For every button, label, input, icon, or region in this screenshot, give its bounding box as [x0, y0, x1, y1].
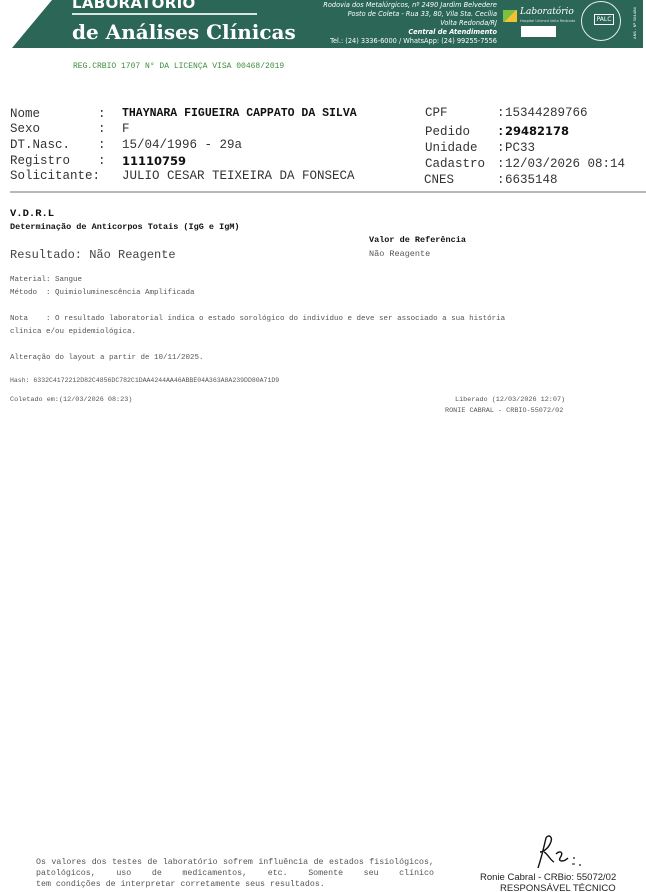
registered-label: Cadastro — [425, 157, 485, 171]
reference-title: Valor de Referência — [369, 235, 466, 245]
registered-value: 12/03/2026 08:14 — [505, 157, 625, 171]
name-label: Nome — [10, 107, 40, 121]
registration-line: REG.CRBIO 1707 N° DA LICENÇA VISA 00468/… — [73, 62, 284, 71]
colon: : — [497, 141, 505, 155]
unit-label: Unidade — [425, 141, 478, 155]
section-divider — [10, 191, 646, 193]
banner-diagonal-cut — [12, 0, 52, 48]
colon: : — [497, 125, 505, 139]
released-at: Liberado (12/03/2026 12:07) — [455, 396, 565, 404]
colon: : — [497, 157, 505, 171]
logo-info-box — [521, 26, 556, 37]
reference-value: Não Reagente — [369, 249, 430, 259]
signer-name: Ronie Cabral - CRBio: 55072/02 — [480, 872, 616, 883]
colon: : — [497, 173, 505, 187]
released-by: RONIE CABRAL - CRBIO-55072/02 — [445, 407, 563, 415]
sex-label: Sexo — [10, 122, 40, 136]
logo-mark-icon — [503, 10, 517, 22]
colon: : — [497, 106, 505, 120]
cnes-label: CNES — [424, 173, 454, 187]
colon: : — [98, 122, 106, 136]
colon: : — [98, 107, 106, 121]
unit-value: PC33 — [505, 141, 535, 155]
address-line: Volta Redonda/RJ — [300, 19, 497, 28]
hospital-lab-logo: Laboratório Hospital Unimed Volta Redond… — [503, 7, 583, 39]
record-label: Registro — [10, 154, 70, 168]
exam-result: Resultado: Não Reagente — [10, 248, 176, 262]
requester-name: JULIO CESAR TEIXEIRA DA FONSECA — [122, 169, 355, 183]
palc-seal-icon: PALC — [581, 1, 621, 41]
colon: : — [98, 138, 106, 152]
layout-change-notice: Alteração do layout a partir de 10/11/20… — [10, 354, 204, 362]
ans-side-tag: ANS - Nº 304484 — [632, 2, 641, 44]
patient-name: THAYNARA FIGUEIRA CAPPATO DA SILVA — [122, 107, 357, 120]
note-line-2: clínica e/ou epidemiológica. — [10, 328, 136, 336]
order-value: 29482178 — [505, 124, 569, 138]
order-label: Pedido — [425, 125, 470, 139]
address-line: Posto de Coleta - Rua 33, 80, Vila Sta. … — [300, 10, 497, 19]
lab-title-rule — [72, 13, 257, 15]
seal-text: PALC — [594, 14, 614, 25]
lab-title-line2: de Análises Clínicas — [72, 20, 296, 44]
address-line: Rodovia dos Metalúrgicos, nº 2490 Jardim… — [300, 1, 497, 10]
patient-sex: F — [122, 122, 130, 136]
disclaimer-text: Os valores dos testes de laboratório sof… — [36, 858, 434, 878]
cnes-value: 6635148 — [505, 173, 558, 187]
birth-label: DT.Nasc. — [10, 138, 70, 152]
disclaimer-text-end: tem condições de interpretar corretament… — [36, 879, 434, 890]
colon: : — [98, 154, 106, 168]
exam-description: Determinação de Anticorpos Totais (IgG e… — [10, 222, 240, 232]
method: Método : Quimioluminescência Amplificada — [10, 289, 195, 297]
hash: Hash: 6332C4172212D82C4856DC782C1DAA4244… — [10, 377, 279, 384]
exam-name: V.D.R.L — [10, 208, 54, 220]
patient-record: 11110759 — [122, 154, 186, 168]
note-line-1: Nota : O resultado laboratorial indica o… — [10, 315, 505, 323]
collected-at: Coletado em:(12/03/2026 08:23) — [10, 396, 132, 404]
footer-disclaimer: Os valores dos testes de laboratório sof… — [36, 857, 434, 890]
address-line: Central de Atendimento — [300, 28, 497, 37]
lab-address: Rodovia dos Metalúrgicos, nº 2490 Jardim… — [300, 1, 497, 46]
requester-label: Solicitante: — [10, 169, 100, 183]
logo-name: Laboratório — [520, 7, 574, 17]
address-phone: Tel.: (24) 3336-6000 / WhatsApp: (24) 99… — [300, 37, 497, 46]
patient-birth: 15/04/1996 - 29a — [122, 138, 242, 152]
signer-role: RESPONSÁVEL TÉCNICO — [500, 883, 616, 892]
material: Material: Sangue — [10, 276, 82, 284]
cpf-value: 15344289766 — [505, 106, 588, 120]
lab-title-line1: LABORATÓRIO — [72, 0, 196, 12]
cpf-label: CPF — [425, 106, 448, 120]
signature-icon — [530, 832, 590, 872]
logo-subtitle: Hospital Unimed Volta Redonda — [520, 19, 575, 23]
